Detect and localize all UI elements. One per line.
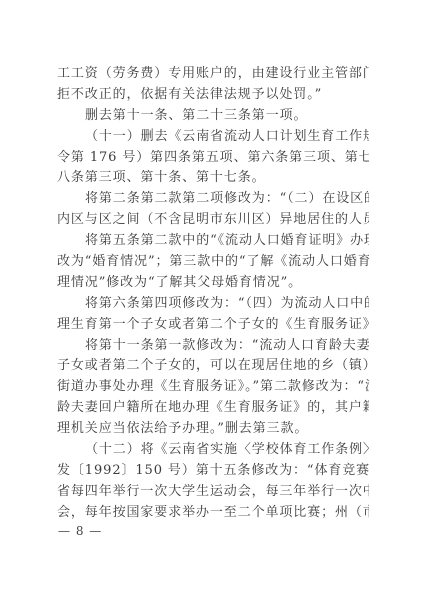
- text-line-19: （十二）将《云南省实施〈学校体育工作条例〉办法》（云政: [57, 440, 369, 461]
- text-line-21: 省每四年举行一次大学生运动会，每三年举行一次中学生运动: [57, 482, 369, 503]
- text-line-22: 会，每年按国家要求举办一至二个单项比赛；州（市）每三年举: [57, 503, 369, 524]
- text-line-5: 令第 176 号）第四条第五项、第六条第三项、第七条第三项、第: [57, 148, 369, 169]
- text-line-7: 将第二条第二款第二项修改为：“（二）在设区的市行政区域: [57, 189, 369, 210]
- text-line-18: 理机关应当依法给予办理。”删去第三款。: [57, 419, 369, 440]
- text-line-12: 将第六条第四项修改为：“（四）为流动人口中的育龄夫妻办: [57, 294, 369, 315]
- text-line-17: 龄夫妻回户籍所在地办理《生育服务证》的，其户籍所在地的办: [57, 398, 369, 419]
- text-line-1: 工工资（劳务费）专用账户的，由建设行业主管部门责令改正；: [57, 64, 369, 85]
- text-line-13: 理生育第一个子女或者第二个子女的《生育服务证》；”: [57, 315, 369, 336]
- text-line-16: 街道办事处办理《生育服务证》。”第二款修改为：“流动人口育: [57, 377, 369, 398]
- text-line-15: 子女或者第二个子女的，可以在现居住地的乡（镇）人民政府、: [57, 356, 369, 377]
- text-line-9: 将第五条第二款中的“《流动人口婚育证明》办理情况”修: [57, 231, 369, 252]
- text-line-10: 改为“婚育情况”；第三款中的“了解《流动人口婚育证明》办: [57, 252, 369, 273]
- text-line-6: 八条第三项、第十条、第十七条。: [57, 168, 369, 189]
- text-line-4: （十一）删去《云南省流动人口计划生育工作规定》（省政府: [57, 127, 369, 148]
- text-line-14: 将第十一条第一款修改为：“流动人口育龄夫妻生育第一个: [57, 336, 369, 357]
- text-line-8: 内区与区之间（不含昆明市东川区）异地居住的人员。”: [57, 210, 369, 231]
- text-line-2: 拒不改正的，依据有关法律法规予以处罚。”: [57, 85, 369, 106]
- document-body: 工工资（劳务费）专用账户的，由建设行业主管部门责令改正； 拒不改正的，依据有关法…: [57, 64, 369, 524]
- text-line-11: 理情况”修改为“了解其父母婚育情况”。: [57, 273, 369, 294]
- text-line-20: 发〔1992〕150 号）第十五条修改为：“体育竞赛要形成制度，: [57, 461, 369, 482]
- page-number: — 8 —: [58, 524, 102, 538]
- text-line-3: 删去第十一条、第二十三条第一项。: [57, 106, 369, 127]
